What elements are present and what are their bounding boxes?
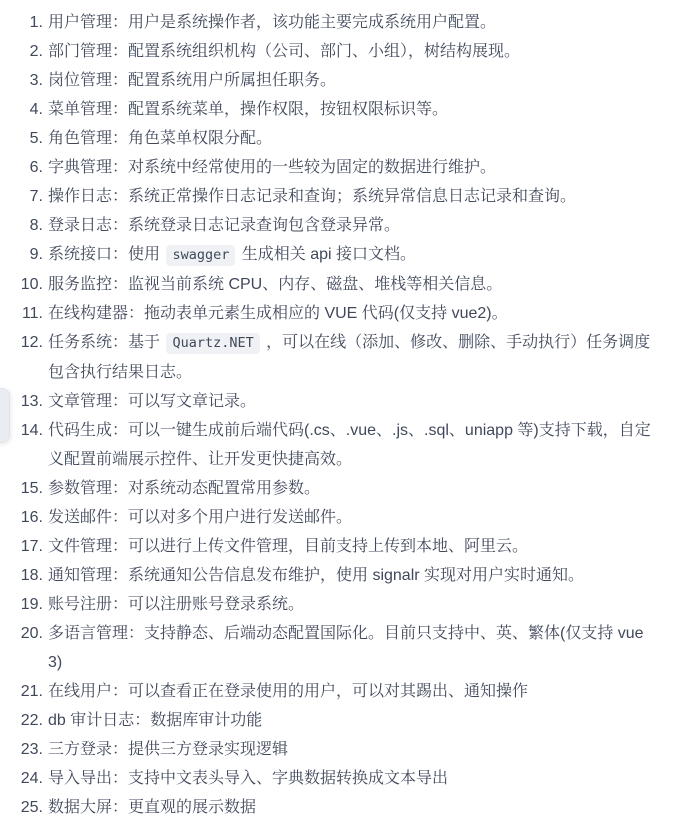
list-item: 19.账号注册：可以注册账号登录系统。 xyxy=(48,590,661,619)
list-item-number: 10. xyxy=(21,270,48,299)
list-item: 10.服务监控：监视当前系统 CPU、内存、磁盘、堆栈等相关信息。 xyxy=(48,270,661,299)
list-item: 21.在线用户：可以查看正在登录使用的用户，可以对其踢出、通知操作 xyxy=(48,677,661,706)
list-item-number: 14. xyxy=(21,416,48,445)
list-item-number: 15. xyxy=(21,474,48,503)
list-item-number: 7. xyxy=(30,182,48,211)
list-item-number: 2. xyxy=(30,37,48,66)
list-item-number: 24. xyxy=(21,764,48,793)
list-item-number: 3. xyxy=(30,66,48,95)
list-item-text: 代码生成：可以一键生成前后端代码(.cs、.vue、.js、.sql、uniap… xyxy=(48,416,661,474)
list-item-number: 13. xyxy=(21,387,48,416)
list-item-number: 6. xyxy=(30,153,48,182)
list-item: 15.参数管理：对系统动态配置常用参数。 xyxy=(48,474,661,503)
list-item: 20.多语言管理：支持静态、后端动态配置国际化。目前只支持中、英、繁体(仅支持 … xyxy=(48,619,661,677)
feature-list: 1.用户管理：用户是系统操作者，该功能主要完成系统用户配置。2.部门管理：配置系… xyxy=(0,0,679,822)
list-item-text: 部门管理：配置系统组织机构（公司、部门、小组），树结构展现。 xyxy=(48,37,661,66)
list-item-text: 操作日志：系统正常操作日志记录和查询；系统异常信息日志记录和查询。 xyxy=(48,182,661,211)
list-item: 17.文件管理：可以进行上传文件管理，目前支持上传到本地、阿里云。 xyxy=(48,532,661,561)
list-item: 3.岗位管理：配置系统用户所属担任职务。 xyxy=(48,66,661,95)
list-item-text: 参数管理：对系统动态配置常用参数。 xyxy=(48,474,661,503)
list-item-number: 19. xyxy=(21,590,48,619)
list-item-text: 文件管理：可以进行上传文件管理，目前支持上传到本地、阿里云。 xyxy=(48,532,661,561)
list-item-text: 服务监控：监视当前系统 CPU、内存、磁盘、堆栈等相关信息。 xyxy=(48,270,661,299)
list-item-text: db 审计日志：数据库审计功能 xyxy=(48,706,661,735)
list-item: 24.导入导出：支持中文表头导入、字典数据转换成文本导出 xyxy=(48,764,661,793)
list-item-text: 发送邮件：可以对多个用户进行发送邮件。 xyxy=(48,503,661,532)
list-item-text: 数据大屏：更直观的展示数据 xyxy=(48,793,661,822)
list-item-text: 文章管理：可以写文章记录。 xyxy=(48,387,661,416)
list-item: 6.字典管理：对系统中经常使用的一些较为固定的数据进行维护。 xyxy=(48,153,661,182)
list-item-number: 4. xyxy=(30,95,48,124)
list-item: 11.在线构建器：拖动表单元素生成相应的 VUE 代码(仅支持 vue2)。 xyxy=(48,299,661,328)
list-item-text: 任务系统：基于 Quartz.NET ，可以在线（添加、修改、删除、手动执行）任… xyxy=(48,328,661,387)
list-item-number: 12. xyxy=(21,328,48,357)
list-item: 2.部门管理：配置系统组织机构（公司、部门、小组），树结构展现。 xyxy=(48,37,661,66)
list-item-number: 23. xyxy=(21,735,48,764)
list-item-number: 8. xyxy=(30,211,48,240)
list-item-text: 登录日志：系统登录日志记录查询包含登录异常。 xyxy=(48,211,661,240)
list-item-text: 岗位管理：配置系统用户所属担任职务。 xyxy=(48,66,661,95)
list-item-text: 系统接口：使用 swagger 生成相关 api 接口文档。 xyxy=(48,240,661,270)
page: 1.用户管理：用户是系统操作者，该功能主要完成系统用户配置。2.部门管理：配置系… xyxy=(0,0,679,827)
list-item-number: 9. xyxy=(30,240,48,269)
list-item-text: 用户管理：用户是系统操作者，该功能主要完成系统用户配置。 xyxy=(48,8,661,37)
list-item-number: 17. xyxy=(21,532,48,561)
list-item-text: 字典管理：对系统中经常使用的一些较为固定的数据进行维护。 xyxy=(48,153,661,182)
inline-code: swagger xyxy=(166,245,235,266)
list-item: 22.db 审计日志：数据库审计功能 xyxy=(48,706,661,735)
list-item: 9.系统接口：使用 swagger 生成相关 api 接口文档。 xyxy=(48,240,661,270)
list-item-text: 菜单管理：配置系统菜单，操作权限，按钮权限标识等。 xyxy=(48,95,661,124)
list-item: 13.文章管理：可以写文章记录。 xyxy=(48,387,661,416)
list-item: 8.登录日志：系统登录日志记录查询包含登录异常。 xyxy=(48,211,661,240)
list-item-number: 21. xyxy=(21,677,48,706)
list-item-text: 在线用户：可以查看正在登录使用的用户，可以对其踢出、通知操作 xyxy=(48,677,661,706)
list-item: 5.角色管理：角色菜单权限分配。 xyxy=(48,124,661,153)
list-item-number: 20. xyxy=(21,619,48,648)
list-item-text: 多语言管理：支持静态、后端动态配置国际化。目前只支持中、英、繁体(仅支持 vue… xyxy=(48,619,661,677)
list-item-text: 三方登录：提供三方登录实现逻辑 xyxy=(48,735,661,764)
list-item-number: 18. xyxy=(21,561,48,590)
list-item-text: 账号注册：可以注册账号登录系统。 xyxy=(48,590,661,619)
list-item-text: 角色管理：角色菜单权限分配。 xyxy=(48,124,661,153)
list-item-number: 5. xyxy=(30,124,48,153)
list-item-number: 22. xyxy=(21,706,48,735)
floating-side-widget[interactable] xyxy=(0,388,10,443)
list-item-number: 16. xyxy=(21,503,48,532)
list-item-number: 1. xyxy=(30,8,48,37)
inline-code: Quartz.NET xyxy=(166,333,259,354)
list-item: 1.用户管理：用户是系统操作者，该功能主要完成系统用户配置。 xyxy=(48,8,661,37)
list-item-number: 11. xyxy=(22,299,48,328)
list-item-text: 通知管理：系统通知公告信息发布维护，使用 signalr 实现对用户实时通知。 xyxy=(48,561,661,590)
list-item: 23.三方登录：提供三方登录实现逻辑 xyxy=(48,735,661,764)
list-item-text: 在线构建器：拖动表单元素生成相应的 VUE 代码(仅支持 vue2)。 xyxy=(48,299,661,328)
list-item-number: 25. xyxy=(21,793,48,822)
list-item: 18.通知管理：系统通知公告信息发布维护，使用 signalr 实现对用户实时通… xyxy=(48,561,661,590)
list-item: 25.数据大屏：更直观的展示数据 xyxy=(48,793,661,822)
list-item: 16.发送邮件：可以对多个用户进行发送邮件。 xyxy=(48,503,661,532)
list-item: 12.任务系统：基于 Quartz.NET ，可以在线（添加、修改、删除、手动执… xyxy=(48,328,661,387)
list-item-text: 导入导出：支持中文表头导入、字典数据转换成文本导出 xyxy=(48,764,661,793)
list-item: 14.代码生成：可以一键生成前后端代码(.cs、.vue、.js、.sql、un… xyxy=(48,416,661,474)
list-item: 4.菜单管理：配置系统菜单，操作权限，按钮权限标识等。 xyxy=(48,95,661,124)
list-item: 7.操作日志：系统正常操作日志记录和查询；系统异常信息日志记录和查询。 xyxy=(48,182,661,211)
